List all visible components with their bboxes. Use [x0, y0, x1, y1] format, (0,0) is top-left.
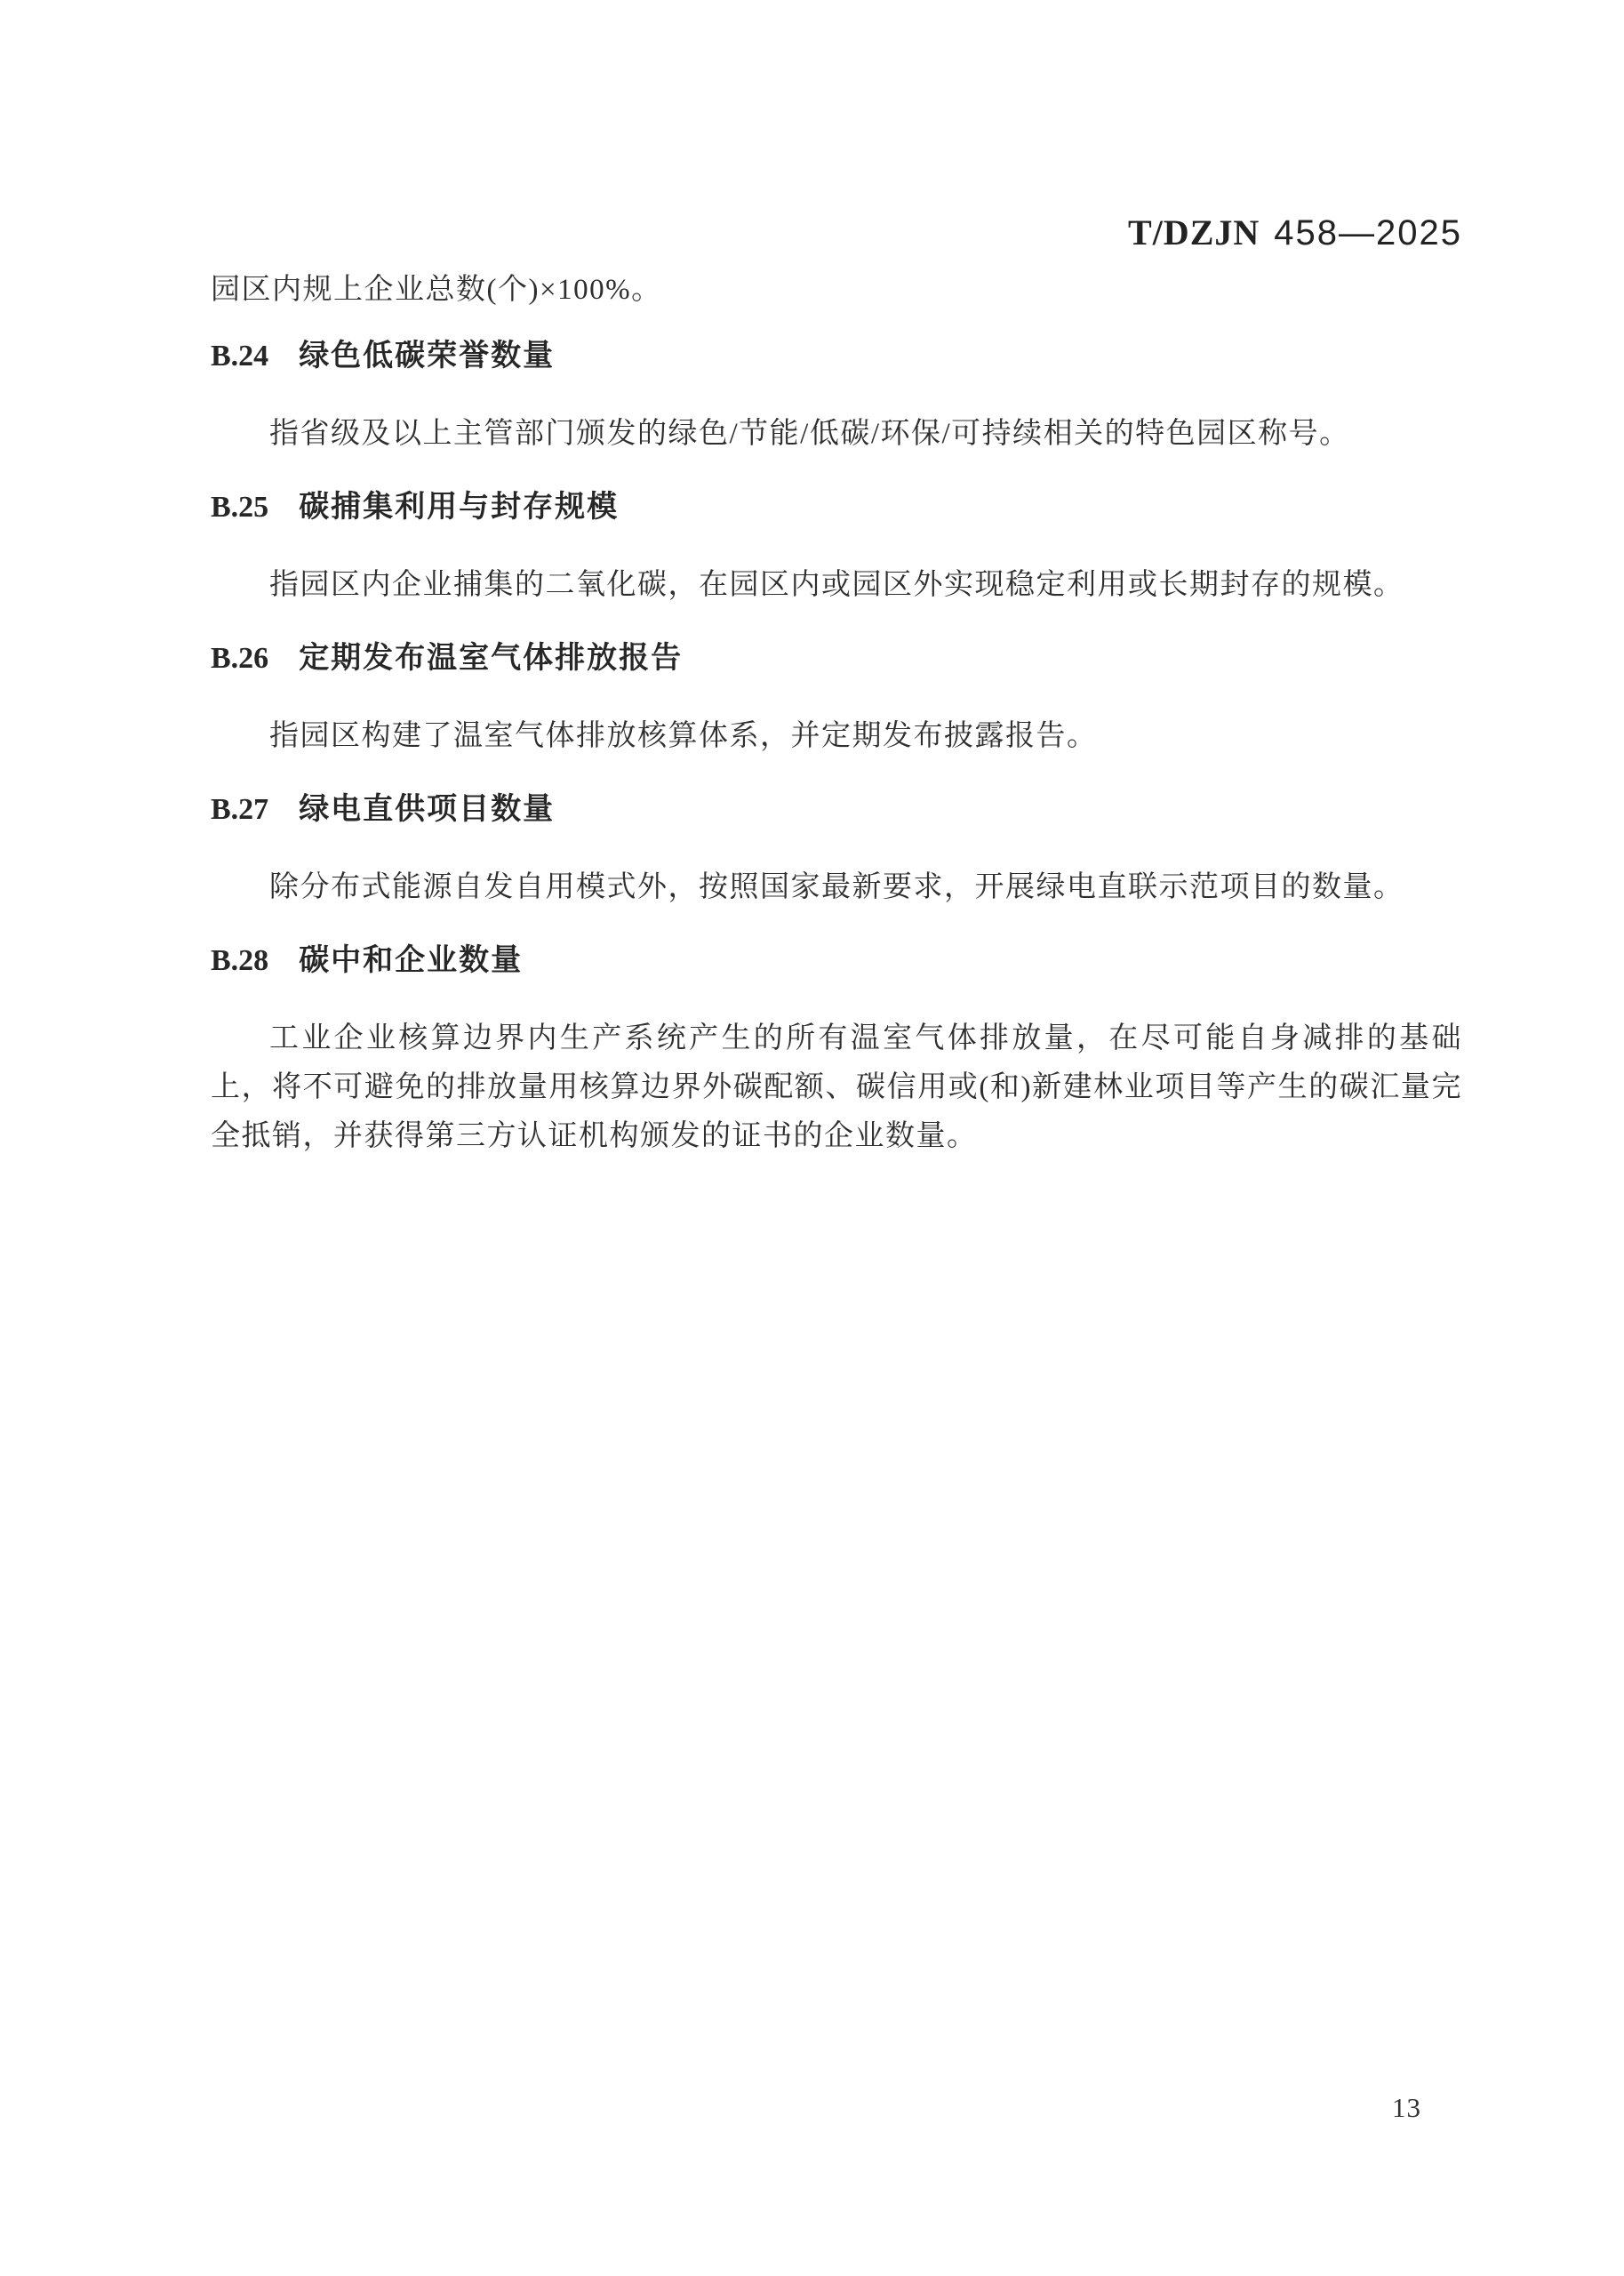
- section-number: B.24: [211, 340, 268, 373]
- section-body: 指园区构建了温室气体排放核算体系，并定期发布披露报告。: [211, 712, 1462, 761]
- standard-code: T/DZJN: [1128, 212, 1260, 252]
- section-number: B.28: [211, 944, 268, 977]
- section-heading: B.24绿色低碳荣誉数量: [211, 338, 1462, 374]
- continuation-text: 园区内规上企业总数(个)×100%。: [211, 272, 1462, 308]
- page-content: 园区内规上企业总数(个)×100%。 B.24绿色低碳荣誉数量 指省级及以上主管…: [211, 272, 1462, 1161]
- section-title: 碳捕集利用与封存规模: [299, 490, 619, 524]
- standard-number: 458—2025: [1274, 213, 1462, 252]
- section-body: 指省级及以上主管部门颁发的绿色/节能/低碳/环保/可持续相关的特色园区称号。: [211, 410, 1462, 459]
- section-number: B.25: [211, 491, 268, 524]
- section-heading: B.26定期发布温室气体排放报告: [211, 640, 1462, 677]
- section-heading: B.28碳中和企业数量: [211, 942, 1462, 979]
- section-b27: B.27绿电直供项目数量 除分布式能源自发自用模式外，按照国家最新要求，开展绿电…: [211, 791, 1462, 912]
- section-body: 除分布式能源自发自用模式外，按照国家最新要求，开展绿电直联示范项目的数量。: [211, 863, 1462, 912]
- section-title: 绿电直供项目数量: [299, 792, 555, 826]
- page-header: T/DZJN458—2025: [1128, 210, 1462, 256]
- section-title: 定期发布温室气体排放报告: [299, 641, 683, 675]
- section-number: B.27: [211, 793, 268, 826]
- section-body: 指园区内企业捕集的二氧化碳，在园区内或园区外实现稳定利用或长期封存的规模。: [211, 561, 1462, 610]
- section-number: B.26: [211, 642, 268, 675]
- section-b25: B.25碳捕集利用与封存规模 指园区内企业捕集的二氧化碳，在园区内或园区外实现稳…: [211, 489, 1462, 610]
- section-heading: B.25碳捕集利用与封存规模: [211, 489, 1462, 525]
- section-title: 绿色低碳荣誉数量: [299, 339, 555, 373]
- section-heading: B.27绿电直供项目数量: [211, 791, 1462, 828]
- page-number: 13: [1392, 2091, 1421, 2125]
- section-title: 碳中和企业数量: [299, 943, 523, 977]
- section-b24: B.24绿色低碳荣誉数量 指省级及以上主管部门颁发的绿色/节能/低碳/环保/可持…: [211, 338, 1462, 459]
- section-b26: B.26定期发布温室气体排放报告 指园区构建了温室气体排放核算体系，并定期发布披…: [211, 640, 1462, 761]
- section-b28: B.28碳中和企业数量 工业企业核算边界内生产系统产生的所有温室气体排放量，在尽…: [211, 942, 1462, 1161]
- document-page: T/DZJN458—2025 园区内规上企业总数(个)×100%。 B.24绿色…: [0, 0, 1624, 2276]
- section-body: 工业企业核算边界内生产系统产生的所有温室气体排放量，在尽可能自身减排的基础上，将…: [211, 1014, 1462, 1161]
